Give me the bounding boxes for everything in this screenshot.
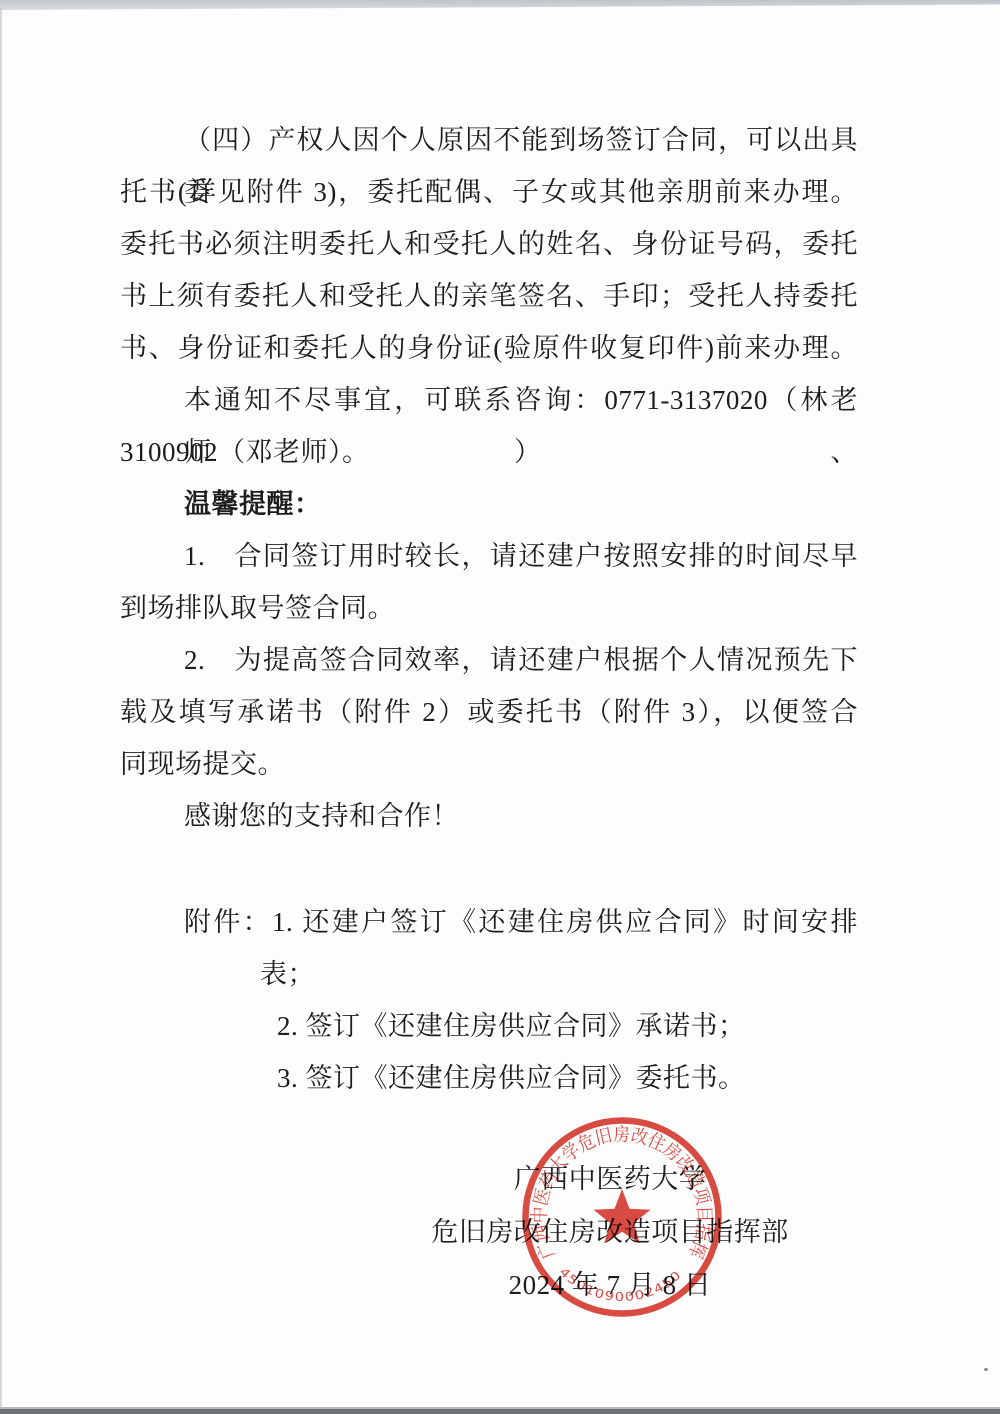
official-seal-stamp: 广西中医药大学危旧房改住房改造项目指挥部 4501090002450 xyxy=(512,1107,732,1327)
contact-info-line-1: 本通知不尽事宜，可联系咨询：0771-3137020（林老师）、 xyxy=(120,374,858,426)
warm-reminder-heading: 温馨提醒： xyxy=(120,478,858,530)
reminder-item-1-line-1: 1. 合同签订用时较长，请还建户按照安排的时间尽早 xyxy=(120,530,858,582)
document-page: （四）产权人因个人原因不能到场签订合同，可以出具委 托书(详见附件 3)，委托配… xyxy=(0,0,1000,1414)
body-line-proxy-4: 书上须有委托人和受托人的亲笔签名、手印；受托人持委托 xyxy=(120,270,858,322)
scan-artifact-dot xyxy=(984,1368,988,1371)
star-icon xyxy=(594,1189,651,1243)
seal-arc-text: 广西中医药大学危旧房改住房改造项目指挥部 xyxy=(512,1107,715,1262)
attachments-item-3: 3. 签订《还建住房供应合同》委托书。 xyxy=(120,1052,858,1104)
scan-edge-top xyxy=(0,0,1000,10)
scan-edge-left xyxy=(0,8,3,1414)
reminder-item-2-line-3: 同现场提交。 xyxy=(120,738,858,790)
reminder-item-2-line-2: 载及填写承诺书（附件 2）或委托书（附件 3），以便签合 xyxy=(120,686,858,738)
attachments-item-1-line-1: 附件：1. 还建户签订《还建住房供应合同》时间安排 xyxy=(120,896,858,948)
attachments-item-1-line-2: 表； xyxy=(120,948,858,1000)
attachments-item-2: 2. 签订《还建住房供应合同》承诺书； xyxy=(120,1000,858,1052)
body-line-proxy-1: （四）产权人因个人原因不能到场签订合同，可以出具委 xyxy=(120,114,858,166)
thanks-line: 感谢您的支持和合作！ xyxy=(120,790,858,842)
body-line-proxy-3: 委托书必须注明委托人和受托人的姓名、身份证号码，委托 xyxy=(120,218,858,270)
reminder-item-2-line-1: 2. 为提高签合同效率，请还建户根据个人情况预先下 xyxy=(120,634,858,686)
scan-edge-bottom xyxy=(0,1409,1000,1414)
reminder-item-1-line-2: 到场排队取号签合同。 xyxy=(120,582,858,634)
body-line-proxy-5: 书、身份证和委托人的身份证(验原件收复印件)前来办理。 xyxy=(120,322,858,374)
body-line-proxy-2: 托书(详见附件 3)，委托配偶、子女或其他亲朋前来办理。 xyxy=(120,166,858,218)
contact-info-line-2: 3100902（邓老师）。 xyxy=(120,426,858,478)
